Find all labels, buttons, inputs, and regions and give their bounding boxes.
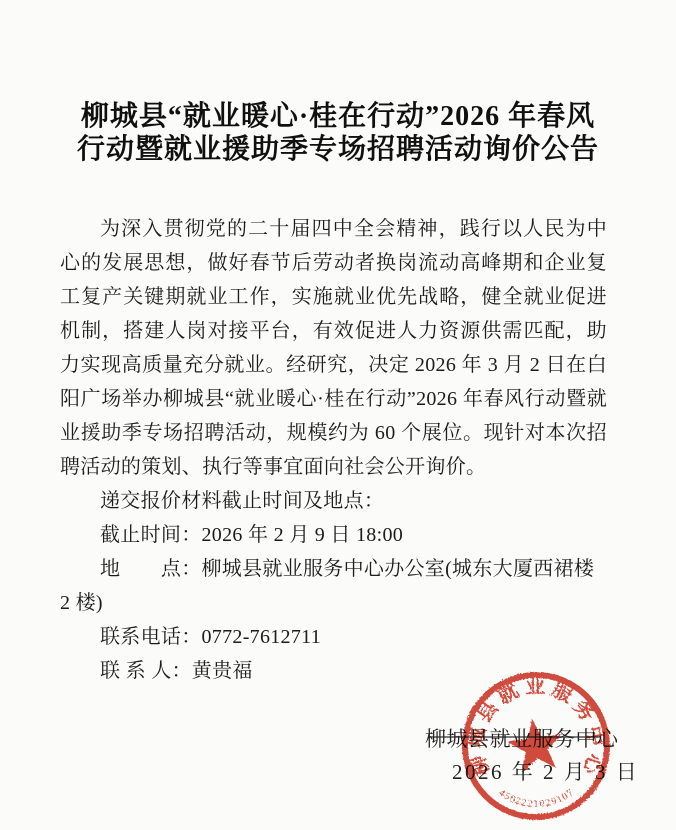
seal-star-icon	[505, 714, 567, 774]
scanned-document-page: 柳城县“就业暖心·桂在行动”2026 年春风 行动暨就业援助季专场招聘活动询价公…	[0, 0, 676, 830]
detail-line-deadline: 截止时间：2026 年 2 月 9 日 18:00	[60, 518, 607, 552]
document-title: 柳城县“就业暖心·桂在行动”2026 年春风 行动暨就业援助季专场招聘活动询价公…	[0, 100, 676, 166]
body-paragraph: 为深入贯彻党的二十届四中全会精神，践行以人民为中心的发展思想，做好春节后劳动者换…	[60, 212, 607, 484]
seal-code: 4502221029107	[497, 787, 577, 810]
detail-line-location: 地 点：柳城县就业服务中心办公室(城东大厦西裙楼 2 楼)	[60, 552, 607, 620]
detail-line-phone: 联系电话：0772-7612711	[60, 620, 607, 654]
seal-ring-text: 柳城县就业服务中心	[464, 675, 608, 779]
title-line-1: 柳城县“就业暖心·桂在行动”2026 年春风	[0, 100, 676, 133]
title-line-2: 行动暨就业援助季专场招聘活动询价公告	[0, 133, 676, 166]
detail-line-submission: 递交报价材料截止时间及地点：	[60, 484, 607, 518]
official-seal: 柳城县就业服务中心 4502221029107	[456, 666, 616, 826]
svg-text:4502221029107: 4502221029107	[497, 787, 577, 810]
svg-text:柳城县就业服务中心: 柳城县就业服务中心	[464, 675, 608, 779]
document-body: 为深入贯彻党的二十届四中全会精神，践行以人民为中心的发展思想，做好春节后劳动者换…	[60, 212, 607, 688]
